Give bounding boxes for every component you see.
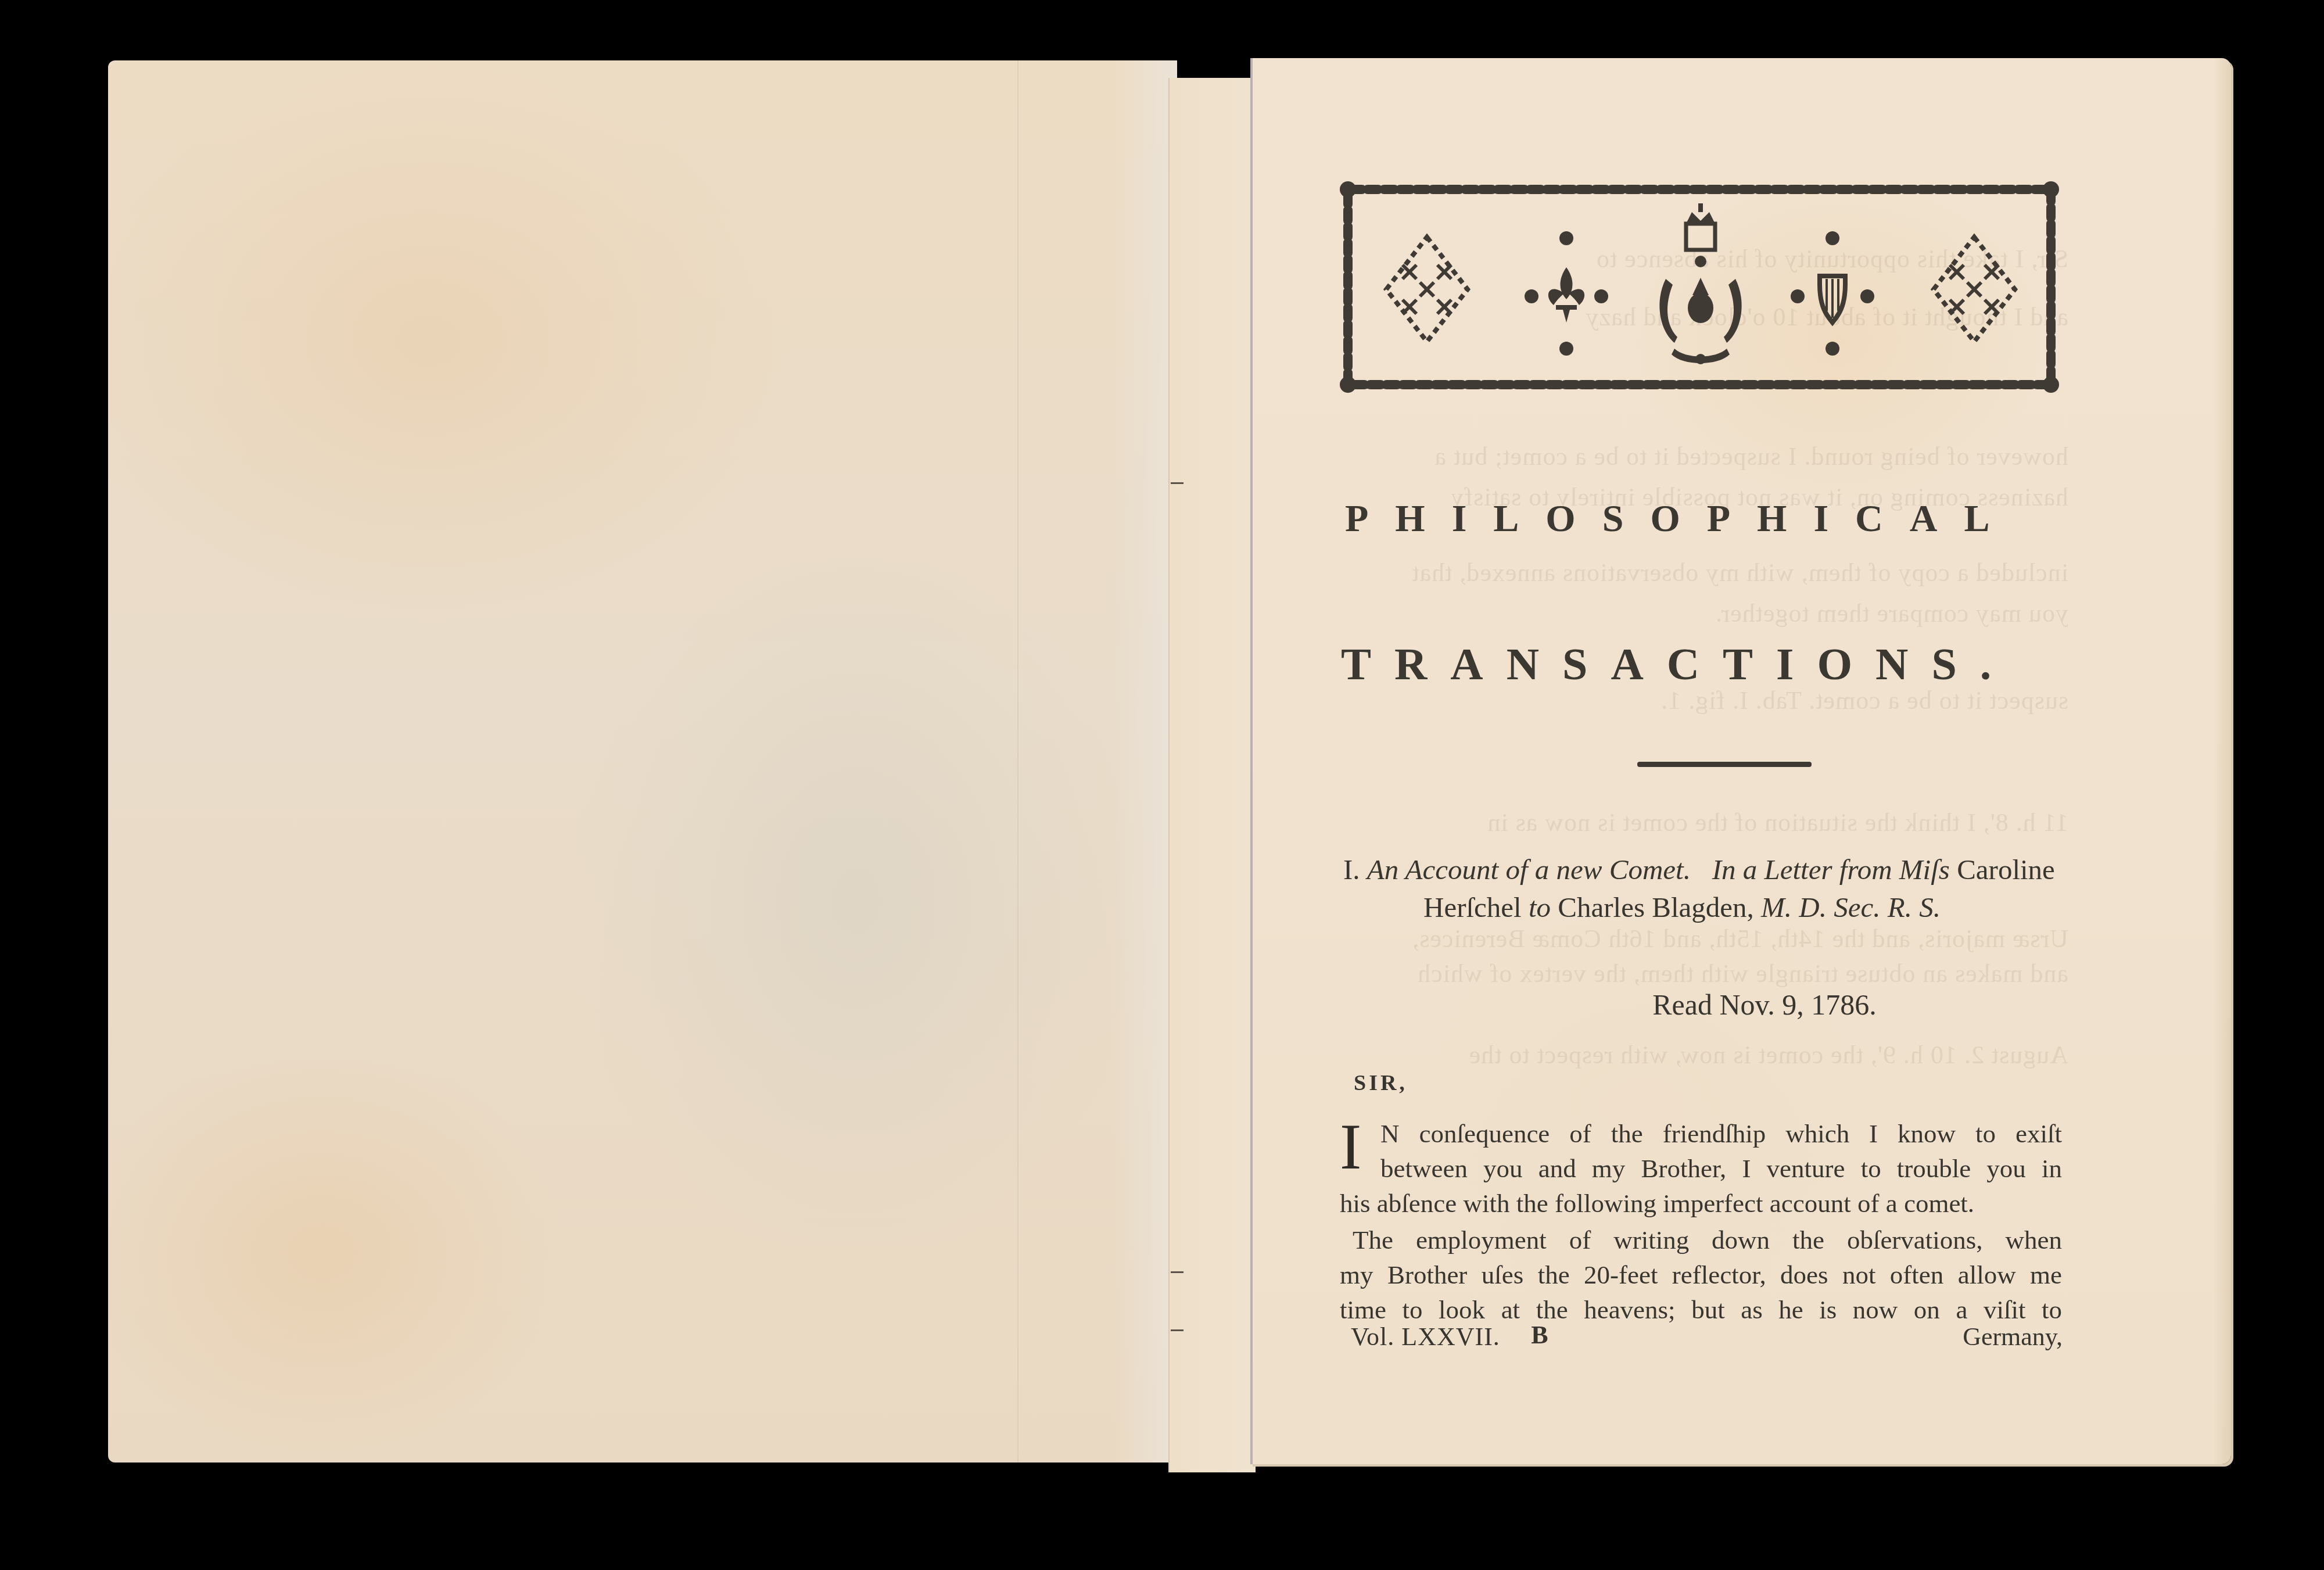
salutation: SIR, <box>1354 1070 1408 1096</box>
spine-crease <box>1250 58 1253 1464</box>
paper-fold-line <box>1017 60 1018 1463</box>
catchword: Germany, <box>1871 1322 2063 1352</box>
harp-icon <box>1791 231 1874 356</box>
fleur-de-lis-icon <box>1525 231 1608 356</box>
gutter-shadow <box>1113 60 1177 1463</box>
diamond-rosette-icon <box>1386 237 1468 342</box>
article-letter-from: In a Letter from Miſs <box>1712 854 1950 886</box>
author-surname: Herſchel <box>1423 891 1522 923</box>
stitch-mark <box>1171 1271 1183 1273</box>
ornamental-headpiece <box>1340 180 2061 395</box>
heading-to: to <box>1529 891 1551 923</box>
read-date: Read Nov. 9, 1786. <box>1416 988 2113 1021</box>
volume-prefix: Vol. <box>1351 1322 1394 1351</box>
body-text-line: his abſence with the following imperfect… <box>1340 1188 2020 1218</box>
diamond-rosette-icon <box>1934 237 2015 342</box>
show-through-text: however of being round. I suspected it t… <box>1342 442 2068 471</box>
show-through-text: and makes an obtuse triangle with them, … <box>1342 959 2068 988</box>
signature-mark: B <box>1464 1320 1615 1350</box>
recipient-name: Charles Blagden, <box>1558 891 1753 923</box>
title-divider-rule <box>1637 762 1812 767</box>
journal-title-line-1: PHILOSOPHICAL <box>1345 497 2158 541</box>
body-text-line: my Brother uſes the 20-feet reflector, d… <box>1340 1260 2062 1290</box>
article-number: I. <box>1343 854 1360 886</box>
body-text-line: The employment of writing down the obſer… <box>1353 1225 2062 1255</box>
stitch-mark <box>1171 1329 1183 1331</box>
show-through-text: Ursæ majoris, and the 14th, 15th, and 16… <box>1342 924 2068 954</box>
article-title: An Account of a new Comet. <box>1367 854 1691 886</box>
recipient-title: M. D. Sec. R. S. <box>1761 891 1941 923</box>
author-first-name: Caroline <box>1957 854 2055 886</box>
drop-cap-initial: I <box>1340 1118 1361 1176</box>
show-through-text: included a copy of them, with my observa… <box>1342 558 2068 587</box>
journal-title-line-2: TRANSACTIONS. <box>1341 638 2154 690</box>
left-blank-page <box>108 60 1177 1463</box>
body-text-line: N conſequence of the friendſhip which I … <box>1380 1119 2062 1149</box>
show-through-text: 11 h. 8', I think the situation of the c… <box>1342 808 2068 837</box>
page-edge-shadow <box>2214 58 2231 1464</box>
show-through-text: you may compare them together. <box>1342 598 2068 628</box>
article-heading: I. An Account of a new Comet. In a Lette… <box>1343 853 2055 886</box>
crown-thistle-icon <box>1659 203 1741 364</box>
show-through-text: August 2. 10 h. 9', the comet is now, wi… <box>1342 1040 2068 1070</box>
body-text-line: time to look at the heavens; but as he i… <box>1340 1295 2062 1325</box>
binding-stub <box>1168 78 1256 1472</box>
article-heading-continued: Herſchel to Charles Blagden, M. D. Sec. … <box>1423 891 1941 924</box>
body-text-line: between you and my Brother, I venture to… <box>1380 1153 2062 1184</box>
stitch-mark <box>1171 482 1183 484</box>
